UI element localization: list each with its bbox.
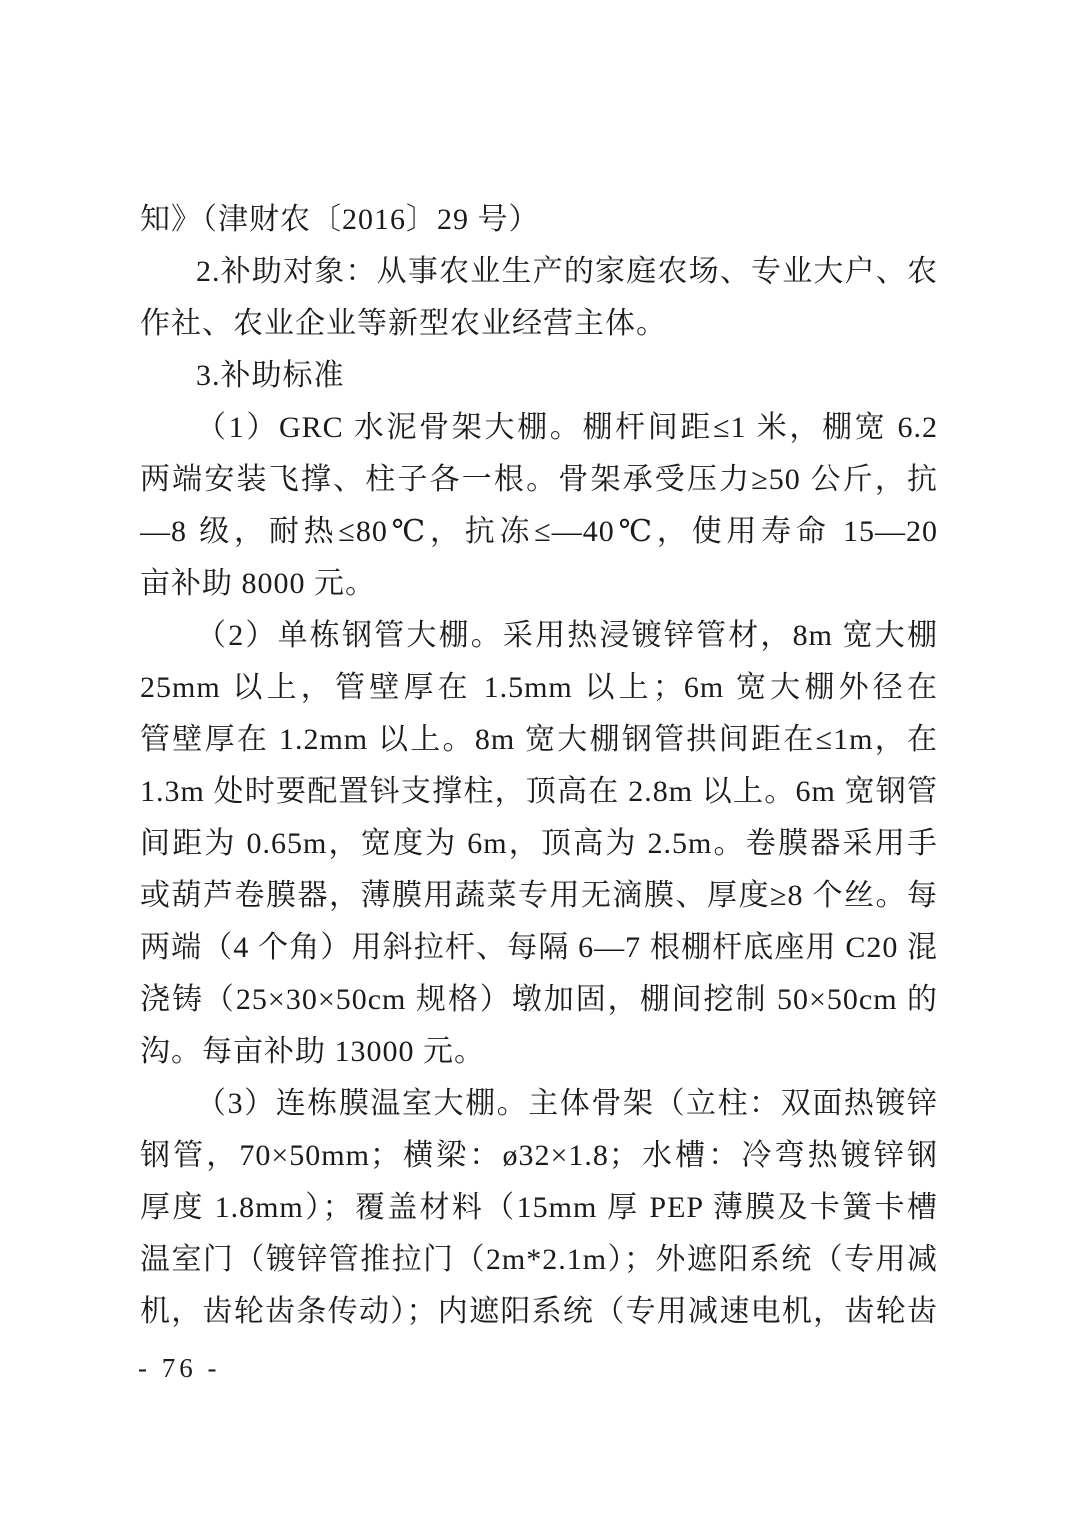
text-line: 知》（津财农〔2016〕29 号） (140, 194, 938, 246)
document-page: 知》（津财农〔2016〕29 号） 2.补助对象：从事农业生产的家庭农场、专业大… (0, 0, 1074, 1520)
text-line: 机，齿轮齿条传动）；内遮阳系统（专用减速电机，齿轮齿条传 (140, 1286, 938, 1338)
text-line: 厚度 1.8mm）；覆盖材料（15mm 厚 PEP 薄膜及卡簧卡槽等附件）； (140, 1182, 938, 1234)
text-line: 两端安装飞撑、柱子各一根。骨架承受压力≥50 公斤，抗风 7 (140, 454, 938, 506)
text-line: 作社、农业企业等新型农业经营主体。 (140, 298, 938, 350)
text-line: 1.3m 处时要配置钭支撑柱，顶高在 2.8m 以上。6m 宽钢管大棚拱 (140, 766, 938, 818)
text-line: （1）GRC 水泥骨架大棚。棚杆间距≤1 米，棚宽 6.2 米，棚 (140, 402, 938, 454)
text-line: 温室门（镀锌管推拉门（2m*2.1m）；外遮阳系统（专用减速电 (140, 1234, 938, 1286)
text-line: 3.补助标准 (140, 350, 938, 402)
text-line: —8 级，耐热≤80℃，抗冻≤—40℃，使用寿命 15—20 年。每 (140, 506, 938, 558)
text-line: 或葫芦卷膜器，薄膜用蔬菜专用无滴膜、厚度≥8 个丝。每个棚 (140, 870, 938, 922)
text-line: （3）连栋膜温室大棚。主体骨架（立柱：双面热镀锌矩型 (140, 1078, 938, 1130)
text-line: 亩补助 8000 元。 (140, 558, 938, 610)
text-line: 浇铸（25×30×50cm 规格）墩加固，棚间挖制 50×50cm 的排水 (140, 974, 938, 1026)
text-line: 钢管，70×50mm；横梁：ø32×1.8；水槽：冷弯热镀锌钢板， (140, 1130, 938, 1182)
text-line: （2）单栋钢管大棚。采用热浸镀锌管材，8m 宽大棚外径在 (140, 610, 938, 662)
text-line: 间距为 0.65m，宽度为 6m，顶高为 2.5m。卷膜器采用手动的液压 (140, 818, 938, 870)
text-line: 沟。每亩补助 13000 元。 (140, 1026, 938, 1078)
text-line: 管壁厚在 1.2mm 以上。8m 宽大棚钢管拱间距在≤1m，在离棚门 (140, 714, 938, 766)
text-line: 2.补助对象：从事农业生产的家庭农场、专业大户、农民合 (140, 246, 938, 298)
text-line: 两端（4 个角）用斜拉杆、每隔 6—7 根棚杆底座用 C20 混凝土 (140, 922, 938, 974)
text-line: 25mm 以上，管壁厚在 1.5mm 以上；6m 宽大棚外径在 22mm 以上， (140, 662, 938, 714)
page-number: - 76 - (138, 1344, 220, 1392)
document-body: 知》（津财农〔2016〕29 号） 2.补助对象：从事农业生产的家庭农场、专业大… (140, 194, 938, 1338)
